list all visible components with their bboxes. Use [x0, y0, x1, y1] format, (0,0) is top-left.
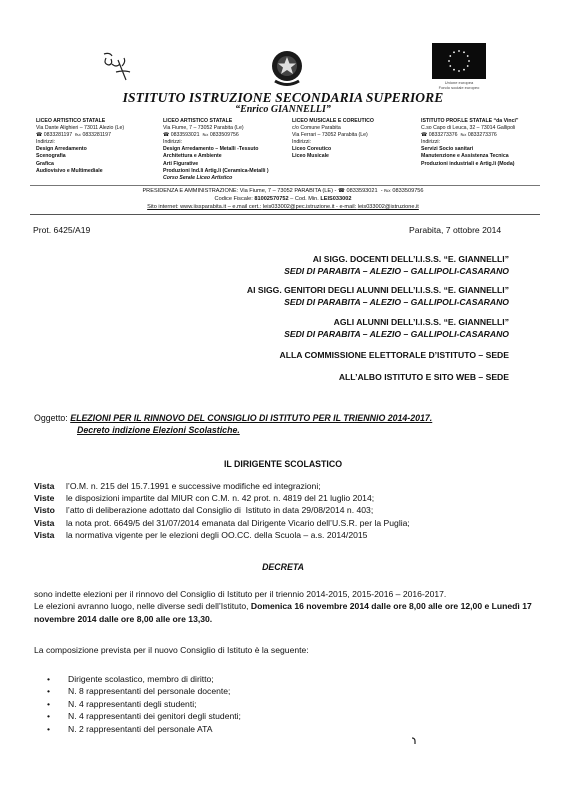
contact-links-line: Sito internet: www.iissparabita.it – e.m…	[0, 203, 566, 211]
eu-caption: Unione europea Fondo sociale europeo	[420, 80, 498, 90]
tracks-label: Indirizzi:	[36, 139, 124, 146]
tracks-label: Indirizzi:	[292, 139, 374, 146]
ministry-code-label: – Cod. Min.	[290, 196, 319, 202]
member-text: Dirigente scolastico, membro di diritto;	[68, 673, 214, 685]
whereas-keyword: Visto	[34, 504, 66, 516]
recipient-parents: AI SIGG. GENITORI DEGLI ALUNNI DELL’I.I.…	[247, 284, 509, 308]
fax-number: 0833273376	[468, 132, 497, 138]
track: Produzioni Ind.li Artig.li (Ceramica-Met…	[163, 168, 269, 175]
whereas-item: Vista la nota prot. 6649/5 del 31/07/201…	[34, 517, 410, 529]
administration-fax: 0833509756	[392, 188, 423, 194]
track: Architettura e Ambiente	[163, 153, 269, 160]
whereas-text: l’atto di deliberazione adottato dal Con…	[66, 504, 373, 516]
evening-course: Corso Serale Liceo Artistico	[163, 175, 269, 182]
school-name: LICEO ARTISTICO STATALE	[36, 118, 124, 125]
school-column-musicale: LICEO MUSICALE E COREUTICO c/o Comune Pa…	[292, 118, 374, 161]
email-link[interactable]: leis033002@istruzione.it	[358, 204, 419, 210]
recipient-locations: SEDI DI PARABITA – ALEZIO – GALLIPOLI-CA…	[284, 328, 509, 340]
fiscal-code-label: Codice Fiscale:	[215, 196, 253, 202]
website-link[interactable]: www.iissparabita.it	[180, 204, 226, 210]
whereas-text: le disposizioni impartite dal MIUR con C…	[66, 492, 374, 504]
list-item: •N. 4 rappresentanti degli studenti;	[34, 698, 241, 710]
whereas-item: Vista l’O.M. n. 215 del 15.7.1991 e succ…	[34, 480, 410, 492]
tracks-label: Indirizzi:	[163, 139, 269, 146]
track: Scenografia	[36, 153, 124, 160]
fax-icon: ℻	[75, 132, 81, 138]
recipient-electoral-commission: ALLA COMMISSIONE ELETTORALE D’ISTITUTO –…	[279, 349, 509, 361]
track: Produzioni industriali e Artig.li (Moda)	[421, 161, 519, 168]
decree-paragraph: Le elezioni avranno luogo, nelle diverse…	[34, 600, 539, 625]
whereas-item: Viste le disposizioni impartite dal MIUR…	[34, 492, 410, 504]
member-text: N. 4 rappresentanti dei genitori degli s…	[68, 710, 241, 722]
whereas-text: l’O.M. n. 215 del 15.7.1991 e successive…	[66, 480, 321, 492]
fax-number: 0833509756	[210, 132, 239, 138]
bullet-icon: •	[34, 673, 68, 685]
school-name: LICEO ARTISTICO STATALE	[163, 118, 269, 125]
fiscal-code-line: Codice Fiscale: 81002570752 – Cod. Min. …	[0, 195, 566, 203]
phone-icon: ☎	[36, 132, 42, 138]
recipient-title: ALLA COMMISSIONE ELETTORALE D’ISTITUTO –…	[279, 349, 509, 361]
council-composition-list: •Dirigente scolastico, membro di diritto…	[34, 673, 241, 735]
phone-icon: ☎	[421, 132, 427, 138]
recipient-locations: SEDI DI PARABITA – ALEZIO – GALLIPOLI-CA…	[284, 265, 509, 277]
track: Grafica	[36, 161, 124, 168]
track: Arti Figurative	[163, 161, 269, 168]
track: Design Arredamento	[36, 146, 124, 153]
institute-name: “Enrico GIANNELLI”	[0, 104, 566, 115]
recipient-title: AGLI ALUNNI DELL’I.I.S.S. “E. GIANNELLI”	[284, 316, 509, 328]
whereas-text: la normativa vigente per le elezioni deg…	[66, 529, 367, 541]
protocol-number: Prot. 6425/A19	[33, 225, 90, 235]
school-address: Via Fiume, 7 – 73052 Parabita (Le)	[163, 125, 269, 132]
phone-number: 0833593021	[171, 132, 200, 138]
pec-label: – e.mail cert.:	[228, 204, 262, 210]
phone-number: 0833281197	[44, 132, 72, 138]
signatory-heading: IL DIRIGENTE SCOLASTICO	[0, 459, 566, 469]
school-name: LICEO MUSICALE E COREUTICO	[292, 118, 374, 125]
member-text: N. 8 rappresentanti del personale docent…	[68, 685, 230, 697]
whereas-keyword: Vista	[34, 529, 66, 541]
decree-body: sono indette elezioni per il rinnovo del…	[34, 588, 539, 625]
track: Liceo Musicale	[292, 153, 374, 160]
school-address: c/o Comune Parabita	[292, 125, 374, 132]
bullet-icon: •	[34, 723, 68, 735]
school-contacts: ☎ 0833281197 ℻ 0833281197	[36, 132, 124, 139]
phone-icon: ☎	[163, 132, 169, 138]
bullet-icon: •	[34, 698, 68, 710]
school-address: Via Ferrari – 73052 Parabita (Le)	[292, 132, 374, 139]
recipient-teachers: AI SIGG. DOCENTI DELL’I.I.S.S. “E. GIANN…	[284, 253, 509, 277]
administration-address-line: PRESIDENZA E AMMINISTRAZIONE: Via Fiume,…	[0, 187, 566, 195]
pen-mark	[411, 737, 417, 745]
administration-phone: 0833593021	[347, 188, 378, 194]
phone-icon: ☎	[338, 188, 345, 194]
track: Servizi Socio sanitari	[421, 146, 519, 153]
whereas-keyword: Viste	[34, 492, 66, 504]
bullet-icon: •	[34, 710, 68, 722]
member-text: N. 2 rappresentanti del personale ATA	[68, 723, 212, 735]
recipient-locations: SEDI DI PARABITA – ALEZIO – GALLIPOLI-CA…	[247, 296, 509, 308]
whereas-keyword: Vista	[34, 480, 66, 492]
decree-paragraph: sono indette elezioni per il rinnovo del…	[34, 588, 539, 600]
track: Manutenzione e Assistenza Tecnica	[421, 153, 519, 160]
track: Audiovisivo e Multimediale	[36, 168, 124, 175]
subject-line: Decreto indizione Elezioni Scolastiche.	[77, 425, 240, 435]
italian-republic-emblem	[270, 48, 304, 88]
school-address: Via Dante Alighieri – 73011 Alezio (Le)	[36, 125, 124, 132]
bullet-icon: •	[34, 685, 68, 697]
list-item: •Dirigente scolastico, membro di diritto…	[34, 673, 241, 685]
track: Design Arredamento – Metalli -Tessuto	[163, 146, 269, 153]
member-text: N. 4 rappresentanti degli studenti;	[68, 698, 197, 710]
place-date: Parabita, 7 ottobre 2014	[409, 225, 501, 235]
school-column-parabita: LICEO ARTISTICO STATALE Via Fiume, 7 – 7…	[163, 118, 269, 182]
whereas-item: Visto l’atto di deliberazione adottato d…	[34, 504, 410, 516]
subject-line: ELEZIONI PER IL RINNOVO DEL CONSIGLIO DI…	[70, 413, 432, 423]
list-item: •N. 8 rappresentanti del personale docen…	[34, 685, 241, 697]
recipient-title: ALL’ALBO ISTITUTO E SITO WEB – SEDE	[339, 371, 509, 383]
school-contacts: ☎ 0833273376 ℻ 0833273376	[421, 132, 519, 139]
track: Liceo Coreutico	[292, 146, 374, 153]
tracks-label: Indirizzi:	[421, 139, 519, 146]
composition-intro: La composizione prevista per il nuovo Co…	[34, 645, 309, 655]
subject-block: Oggetto: ELEZIONI PER IL RINNOVO DEL CON…	[34, 412, 432, 436]
pec-email-link[interactable]: leis033002@pec.istruzione.it	[263, 204, 335, 210]
school-contacts: ☎ 0833593021 ℻ 0833509756	[163, 132, 269, 139]
school-column-gallipoli: ISTITUTO PROF.LE STATALE “da Vinci” C.so…	[421, 118, 519, 168]
school-column-alezio: LICEO ARTISTICO STATALE Via Dante Alighi…	[36, 118, 124, 175]
decree-heading: DECRETA	[0, 562, 566, 572]
website-label: Sito internet:	[147, 204, 178, 210]
recipient-students: AGLI ALUNNI DELL’I.I.S.S. “E. GIANNELLI”…	[284, 316, 509, 340]
header-divider	[30, 185, 540, 186]
whereas-text: la nota prot. 6649/5 del 31/07/2014 eman…	[66, 517, 410, 529]
administration-info: PRESIDENZA E AMMINISTRAZIONE: Via Fiume,…	[0, 187, 566, 211]
school-name: ISTITUTO PROF.LE STATALE “da Vinci”	[421, 118, 519, 125]
recipient-title: AI SIGG. GENITORI DEGLI ALUNNI DELL’I.I.…	[247, 284, 509, 296]
whereas-keyword: Vista	[34, 517, 66, 529]
header-bottom-divider	[30, 214, 540, 215]
eu-flag-logo	[432, 43, 486, 79]
election-intro: Le elezioni avranno luogo, nelle diverse…	[34, 601, 249, 611]
phone-number: 0833273376	[429, 132, 458, 138]
fax-icon: ℻	[384, 188, 391, 194]
whereas-item: Vista la normativa vigente per le elezio…	[34, 529, 410, 541]
fax-number: 0833281197	[82, 132, 110, 138]
email-label: - e-mail:	[336, 204, 356, 210]
fiscal-code: 81002570752	[254, 196, 288, 202]
list-item: •N. 2 rappresentanti del personale ATA	[34, 723, 241, 735]
fax-icon: ℻	[460, 132, 466, 138]
ministry-code: LEIS033002	[320, 196, 351, 202]
recipient-notice-board: ALL’ALBO ISTITUTO E SITO WEB – SEDE	[339, 371, 509, 383]
fax-icon: ℻	[202, 132, 208, 138]
administration-address: PRESIDENZA E AMMINISTRAZIONE: Via Fiume,…	[142, 188, 336, 194]
list-item: •N. 4 rappresentanti dei genitori degli …	[34, 710, 241, 722]
school-address: C.so Capo di Leuca, 32 – 73014 Gallipoli	[421, 125, 519, 132]
whereas-list: Vista l’O.M. n. 215 del 15.7.1991 e succ…	[34, 480, 410, 541]
handwritten-signature-mark	[100, 50, 138, 84]
recipient-title: AI SIGG. DOCENTI DELL’I.I.S.S. “E. GIANN…	[284, 253, 509, 265]
subject-label: Oggetto:	[34, 413, 68, 423]
